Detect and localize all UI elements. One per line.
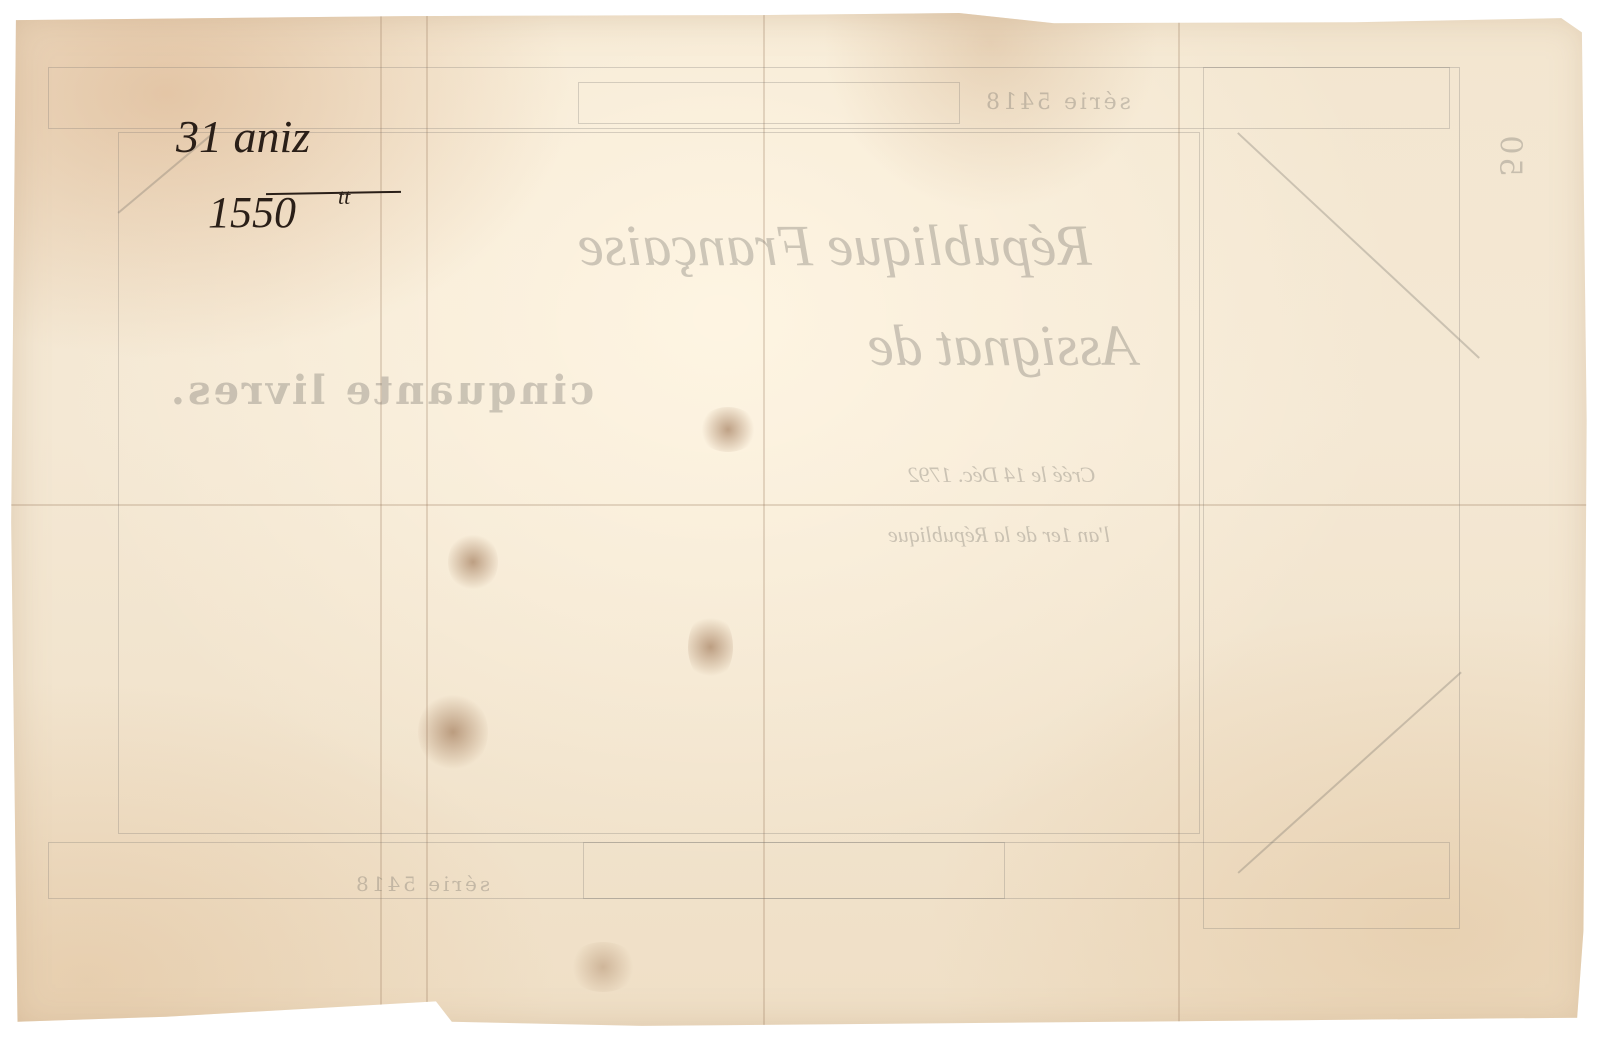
serie-number-showthrough: série 5418: [983, 90, 1131, 115]
stain: [448, 532, 498, 592]
right-panel-frame: [1203, 67, 1460, 929]
stain: [568, 942, 638, 992]
title-showthrough: République Française: [578, 212, 1092, 279]
stain: [418, 692, 488, 772]
banknote-paper: série 5418 République Française Assignat…: [8, 12, 1593, 1032]
bottom-cartouche-frame: [583, 842, 1005, 899]
bottom-serie-showthrough: série 5418: [353, 872, 490, 896]
stain: [698, 407, 758, 452]
corner-numeral-text: 50: [1493, 132, 1528, 176]
republic-line-text: l'an 1er de la République: [888, 522, 1110, 548]
corner-numeral-showthrough: 50: [1493, 132, 1528, 176]
amount-showthrough: cinquante livres.: [168, 367, 594, 414]
top-cartouche-frame: [578, 82, 960, 124]
amount-text: cinquante livres.: [168, 367, 594, 414]
serie-text: série 5418: [983, 90, 1131, 115]
date-line-text: Créé le 14 Déc. 1792: [908, 462, 1096, 488]
denomination-showthrough: Assignat de: [868, 312, 1137, 379]
handwritten-livres-mark: tt: [338, 184, 350, 210]
title-text: République Française: [578, 212, 1092, 279]
date-line-showthrough: Créé le 14 Déc. 1792: [908, 462, 1096, 488]
denomination-text: Assignat de: [868, 312, 1137, 379]
republic-line-showthrough: l'an 1er de la République: [888, 522, 1110, 548]
handwritten-date: 31 aniz: [176, 110, 310, 163]
bottom-serie-text: série 5418: [353, 872, 490, 896]
stain: [688, 612, 733, 682]
